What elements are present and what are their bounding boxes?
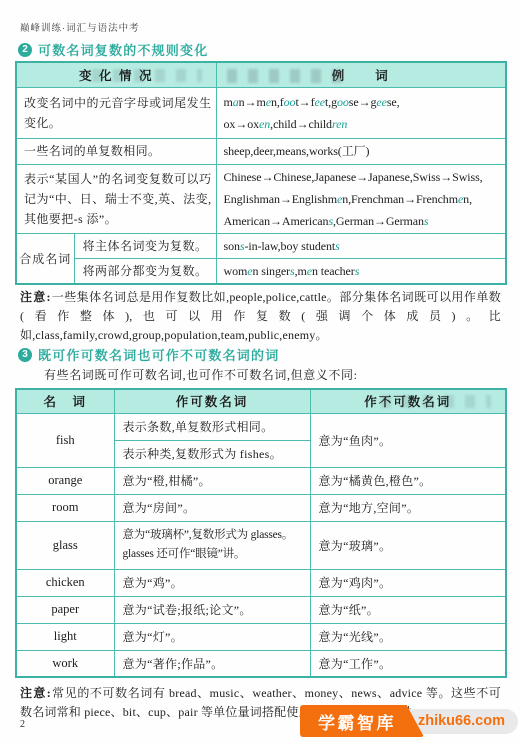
- col-header-change: 变 化 情 况: [16, 62, 216, 87]
- col-header-uncountable: 作不可数名词: [310, 389, 506, 413]
- table-row-glass: glass 意为“玻璃杯”,复数形式为 glasses。glasses 还可作“…: [16, 521, 506, 569]
- section-number-badge: 3: [18, 348, 32, 362]
- countable-cell: 意为“橙,柑橘”。: [114, 467, 310, 494]
- situation-text: 表示“某国人”的名词变复数可以巧记为“中、日、瑞士不变,英、法变,其他要把-s …: [24, 172, 212, 226]
- uncountable-cell: 意为“玻璃”。: [310, 521, 506, 569]
- countable-cell: 意为“玻璃杯”,复数形式为 glasses。glasses 还可作“眼镜”讲。: [114, 521, 310, 569]
- uncountable-cell: 意为“鱼肉”。: [310, 413, 506, 467]
- countable-cell: 意为“房间”。: [114, 494, 310, 521]
- irregular-plural-table: 变 化 情 况 例 词 改变名词中的元音字母或词尾发生变化。 man→men,f…: [15, 61, 507, 285]
- table-row-compound-main: 合成名词 将主体名词变为复数。 sons-in-law,boy students: [16, 233, 506, 258]
- compound-noun-group-cell: 合成名词: [16, 233, 74, 284]
- situation-cell: 表示“某国人”的名词变复数可以巧记为“中、日、瑞士不变,英、法变,其他要把-s …: [16, 164, 216, 233]
- examples-cell: women singers,men teachers: [216, 258, 506, 284]
- table-row-fish: fish 表示条数,单复数形式相同。 意为“鱼肉”。: [16, 413, 506, 440]
- noun-cell: room: [16, 494, 114, 521]
- rule-text: 将主体名词变为复数。: [83, 239, 208, 253]
- situation-cell: 改变名词中的元音字母或词尾发生变化。: [16, 87, 216, 138]
- noun-cell: work: [16, 650, 114, 677]
- section-title: 可数名词复数的不规则变化: [38, 40, 208, 59]
- table-row-room: room 意为“房间”。 意为“地方,空间”。: [16, 494, 506, 521]
- examples-cell: sons-in-law,boy students: [216, 233, 506, 258]
- note-text: 一些集体名词总是用作复数比如,people,police,cattle。部分集体…: [20, 290, 501, 342]
- table-row-chicken: chicken 意为“鸡”。 意为“鸡肉”。: [16, 569, 506, 596]
- doc-header: 巅峰训练·词汇与语法中考: [20, 20, 140, 34]
- noun-cell: paper: [16, 596, 114, 623]
- rule-cell: 将两部分都变为复数。: [74, 258, 216, 284]
- print-bleed-ghost: [227, 69, 347, 83]
- col-header-examples-label: 例 词: [332, 69, 390, 83]
- noun-cell: orange: [16, 467, 114, 494]
- uncountable-cell: 意为“工作”。: [310, 650, 506, 677]
- uncountable-cell: 意为“纸”。: [310, 596, 506, 623]
- countable-cell: 意为“灯”。: [114, 623, 310, 650]
- note-label: 注意:: [20, 686, 52, 700]
- table-row-paper: paper 意为“试卷;报纸;论文”。 意为“纸”。: [16, 596, 506, 623]
- col-header-countable-label: 作可数名词: [176, 395, 249, 409]
- watermark-domain: zhiku66.com: [418, 713, 505, 729]
- watermark: zhiku66.com 学霸智库: [300, 705, 518, 737]
- watermark-ribbon: 学霸智库: [300, 705, 424, 737]
- countable-cell: 意为“著作;作品”。: [114, 650, 310, 677]
- examples-cell: sheep,deer,means,works(工厂): [216, 138, 506, 164]
- table-row-light: light 意为“灯”。 意为“光线”。: [16, 623, 506, 650]
- watermark-brand: 学霸智库: [318, 709, 406, 734]
- note-label: 注意:: [20, 290, 52, 304]
- examples-cell: man→men,foot→feet,goose→geese,ox→oxen,ch…: [216, 87, 506, 138]
- examples-cell: Chinese→Chinese,Japanese→Japanese,Swiss→…: [216, 164, 506, 233]
- noun-cell: glass: [16, 521, 114, 569]
- section-number-badge: 2: [18, 43, 32, 57]
- col-header-noun: 名 词: [16, 389, 114, 413]
- noun-cell: fish: [16, 413, 114, 467]
- table-row-work: work 意为“著作;作品”。 意为“工作”。: [16, 650, 506, 677]
- situation-text: 改变名词中的元音字母或词尾发生变化。: [24, 96, 212, 130]
- noun-cell: light: [16, 623, 114, 650]
- col-header-noun-label: 名 词: [43, 395, 87, 409]
- table-row-orange: orange 意为“橙,柑橘”。 意为“橘黄色,橙色”。: [16, 467, 506, 494]
- compound-noun-label: 合成名词: [19, 252, 71, 266]
- uncountable-cell: 意为“光线”。: [310, 623, 506, 650]
- noun-cell: chicken: [16, 569, 114, 596]
- col-header-examples: 例 词: [216, 62, 506, 87]
- section-title: 既可作可数名词也可作不可数名词的词: [38, 345, 279, 364]
- situation-text: 一些名词的单复数相同。: [24, 144, 160, 158]
- table-row-vowel-change: 改变名词中的元音字母或词尾发生变化。 man→men,foot→feet,goo…: [16, 87, 506, 138]
- rule-text: 将两部分都变为复数。: [83, 264, 208, 278]
- section-intro: 有些名词既可作可数名词,也可作不可数名词,但意义不同:: [20, 366, 500, 383]
- table-header-row: 名 词 作可数名词 作不可数名词: [16, 389, 506, 413]
- countable-cell: 意为“试卷;报纸;论文”。: [114, 596, 310, 623]
- section-heading-both-usage: 3 既可作可数名词也可作不可数名词的词: [18, 345, 279, 364]
- table-row-same-form: 一些名词的单复数相同。 sheep,deer,means,works(工厂): [16, 138, 506, 164]
- table-row-compound-both: 将两部分都变为复数。 women singers,men teachers: [16, 258, 506, 284]
- note-collective-nouns: 注意:一些集体名词总是用作复数比如,people,police,cattle。部…: [20, 288, 501, 345]
- uncountable-cell: 意为“地方,空间”。: [310, 494, 506, 521]
- section-heading-irregular: 2 可数名词复数的不规则变化: [18, 40, 208, 59]
- countable-cell: 表示条数,单复数形式相同。: [114, 413, 310, 440]
- uncountable-cell: 意为“鸡肉”。: [310, 569, 506, 596]
- rule-cell: 将主体名词变为复数。: [74, 233, 216, 258]
- countable-cell: 表示种类,复数形式为 fishes。: [114, 440, 310, 467]
- countable-uncountable-table: 名 词 作可数名词 作不可数名词 fish 表示条数,单复数形式相同。 意为“鱼…: [15, 388, 507, 678]
- table-row-nationality: 表示“某国人”的名词变复数可以巧记为“中、日、瑞士不变,英、法变,其他要把-s …: [16, 164, 506, 233]
- page-number: 2: [20, 719, 25, 730]
- col-header-change-label: 变 化 情 况: [79, 69, 153, 83]
- situation-cell: 一些名词的单复数相同。: [16, 138, 216, 164]
- uncountable-cell: 意为“橘黄色,橙色”。: [310, 467, 506, 494]
- col-header-uncountable-label: 作不可数名词: [364, 395, 451, 409]
- countable-cell: 意为“鸡”。: [114, 569, 310, 596]
- col-header-countable: 作可数名词: [114, 389, 310, 413]
- table-header-row: 变 化 情 况 例 词: [16, 62, 506, 87]
